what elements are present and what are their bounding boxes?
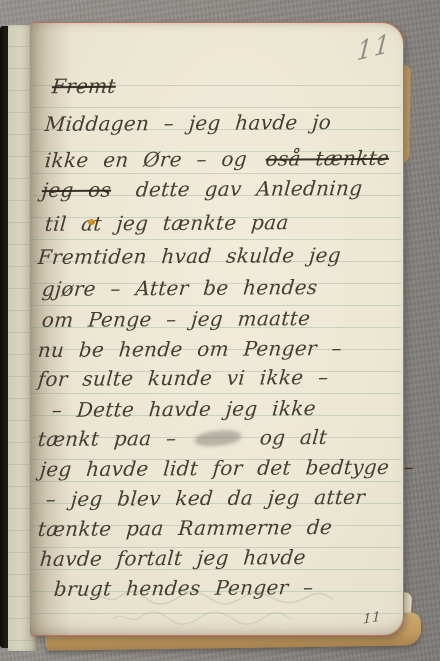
manuscript-line: Middagen – jeg havde jo: [44, 109, 332, 137]
struck-text: Fremt: [47, 74, 127, 99]
manuscript-line: nu be hende om Penger –: [37, 335, 343, 363]
handwritten-text: – jeg blev ked da jeg atter: [45, 485, 366, 511]
handwritten-text: dette gav Anledning: [120, 176, 363, 202]
manuscript-line: Fremt: [47, 73, 127, 100]
notebook-page: 11 FremtMiddagen – jeg havde joikke en Ø…: [30, 22, 404, 636]
manuscript-line: tænkte paa Rammerne de: [37, 514, 333, 542]
handwritten-text: – Dette havde jeg ikke: [51, 396, 317, 422]
manuscript-line: gjøre – Atter be hendes: [41, 274, 319, 302]
bleed-through-text: [55, 589, 365, 633]
manuscript-line: for sulte kunde vi ikke –: [37, 364, 330, 392]
struck-text: jeg os: [37, 178, 122, 203]
handwritten-text: Middagen – jeg havde jo: [44, 110, 332, 136]
manuscript-line: – Dette havde jeg ikke: [51, 395, 317, 423]
ink-spot: [88, 219, 95, 225]
handwritten-text: nu be hende om Penger –: [37, 336, 343, 362]
handwritten-text: for sulte kunde vi ikke –: [37, 365, 329, 391]
manuscript-line: – jeg blev ked da jeg atter: [45, 484, 366, 512]
handwritten-text: tænkte paa Rammerne de: [37, 515, 333, 541]
handwritten-text: og alt: [244, 425, 328, 450]
manuscript-line: tænkt paa – og alt: [37, 424, 328, 452]
manuscript-line: ikke en Øre – og oså tænkte: [44, 145, 400, 173]
manuscript-line: jeg havde lidt for det bedtyge –: [39, 454, 415, 483]
handwritten-text: gjøre – Atter be hendes: [41, 275, 319, 301]
handwritten-text: Fremtiden hvad skulde jeg: [37, 243, 342, 269]
manuscript-line: Fremtiden hvad skulde jeg: [37, 242, 342, 270]
handwritten-text: jeg havde lidt for det bedtyge –: [39, 455, 415, 482]
manuscript-line: havde fortalt jeg havde: [39, 544, 307, 572]
manuscript-text: FremtMiddagen – jeg havde joikke en Øre …: [30, 23, 403, 635]
manuscript-line: jeg os dette gav Anledning: [37, 175, 364, 203]
manuscript-line: om Penge – jeg maatte: [41, 305, 311, 333]
handwritten-text: om Penge – jeg maatte: [41, 306, 311, 332]
handwritten-text: ikke en Øre – og: [44, 147, 263, 173]
struck-text: oså tænkte: [261, 146, 400, 171]
handwritten-text: til at jeg tænkte paa: [44, 210, 290, 236]
handwritten-text: tænkt paa –: [37, 426, 192, 451]
erased-smudge: [195, 429, 241, 448]
handwritten-text: havde fortalt jeg havde: [39, 545, 307, 571]
notebook-photo: 11 FremtMiddagen – jeg havde joikke en Ø…: [0, 0, 440, 661]
manuscript-line: til at jeg tænkte paa: [44, 209, 290, 237]
